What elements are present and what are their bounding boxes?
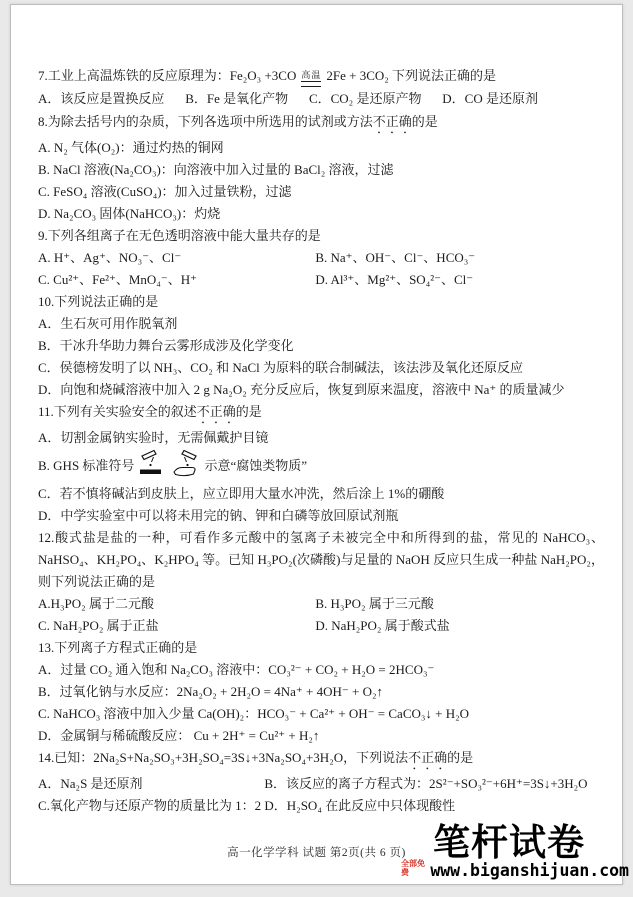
question-10: 10.下列说法正确的是 A．生石灰可用作脱氧剂 B．干冰升华助力舞台云雾形成涉及…	[38, 291, 604, 401]
options-grid: A. H⁺、Ag⁺、NO₃⁻、Cl⁻ B. Na⁺、OH⁻、Cl⁻、HCO₃⁻ …	[38, 247, 604, 291]
option-c: C. NaHCO₃ 溶液中加入少量 Ca(OH)₂：HCO₃⁻ + Ca²⁺ +…	[38, 703, 604, 725]
option-d: D．向饱和烧碱溶液中加入 2 g Na₂O₂ 充分反应后，恢复到原来温度，溶液中…	[38, 379, 604, 401]
option-b: B. GHS 标准符号 示意“腐蚀类物质”	[38, 449, 604, 483]
option-d: D．CO 是还原剂	[442, 87, 538, 111]
option-c: C. Cu²⁺、Fe²⁺、MnO₄⁻、H⁺	[38, 269, 315, 291]
option-a: A．该反应是置换反应	[38, 87, 164, 111]
option-c: C．CO₂ 是还原产物	[309, 87, 422, 111]
option-c: C．侯德榜发明了以 NH₃、CO₂ 和 NaCl 为原料的联合制碱法，该法涉及氧…	[38, 357, 604, 379]
exam-paper-page: 7.工业上高温炼铁的反应原理为：Fe₂O₃ +3CO 高温 2Fe + 3CO₂…	[10, 4, 623, 885]
option-d: D. Na₂CO₃ 固体(NaHCO₃)：灼烧	[38, 203, 604, 225]
option-b-text-post: 示意“腐蚀类物质”	[204, 455, 307, 477]
stem-text-pre: 7.工业上高温炼铁的反应原理为：Fe₂O₃ +3CO	[38, 65, 296, 87]
question-stem: 10.下列说法正确的是	[38, 291, 604, 313]
option-c: C. NaH₂PO₂ 属于正盐	[38, 615, 315, 637]
option-a: A. H⁺、Ag⁺、NO₃⁻、Cl⁻	[38, 247, 315, 269]
option-c: C．若不慎将碱沾到皮肤上，应立即用大量水冲洗，然后涂上 1%的硼酸	[38, 483, 604, 505]
option-a: A．生石灰可用作脱氧剂	[38, 313, 604, 335]
option-a: A．过量 CO₂ 通入饱和 Na₂CO₃ 溶液中：CO₃²⁻ + CO₂ + H…	[38, 659, 604, 681]
option-a: A．Na₂S 是还原剂	[38, 773, 264, 795]
stem-text-pre: 8.为除去括号内的杂质，下列各选项中所选用的试剂或方法	[38, 114, 373, 129]
option-d: D．H₂SO₄ 在此反应中只体现酸性	[264, 795, 604, 817]
question-14: 14.已知：2Na₂S+Na₂SO₃+3H₂SO₄=3S↓+3Na₂SO₄+3H…	[38, 747, 604, 817]
question-7: 7.工业上高温炼铁的反应原理为：Fe₂O₃ +3CO 高温 2Fe + 3CO₂…	[38, 55, 604, 111]
option-b: B．该反应的离子方程式为：2S²⁻+SO₃²⁻+6H⁺=3S↓+3H₂O	[264, 773, 604, 795]
question-9: 9.下列各组离子在无色透明溶液中能大量共存的是 A. H⁺、Ag⁺、NO₃⁻、C…	[38, 225, 604, 291]
option-b-text-pre: B. GHS 标准符号	[38, 455, 134, 477]
question-stem: 13.下列离子方程式正确的是	[38, 637, 604, 659]
options-grid: A.H₃PO₂ 属于二元酸 B. H₃PO₂ 属于三元酸 C. NaH₂PO₂ …	[38, 593, 604, 637]
option-d: D．金属铜与稀硫酸反应： Cu + 2H⁺ = Cu²⁺ + H₂↑	[38, 725, 604, 747]
reaction-condition-over-equals: 高温	[301, 70, 321, 87]
stem-text-pre: 11.下列有关实验安全的叙述	[38, 404, 197, 419]
option-b: B. H₃PO₂ 属于三元酸	[315, 593, 604, 615]
stem-text-post: 2Fe + 3CO₂ 下列说法正确的是	[326, 65, 496, 87]
question-stem: 8.为除去括号内的杂质，下列各选项中所选用的试剂或方法不正确的是	[38, 111, 604, 137]
option-a: A．切割金属钠实验时，无需佩戴护目镜	[38, 427, 604, 449]
option-a: A. N₂ 气体(O₂)：通过灼热的铜网	[38, 137, 604, 159]
watermark-bottom-row: 全部免费 www.biganshijuan.com	[401, 859, 629, 880]
stem-text-pre: 14.已知：2Na₂S+Na₂SO₃+3H₂SO₄=3S↓+3Na₂SO₄+3H…	[38, 750, 408, 765]
options-grid: A．Na₂S 是还原剂 B．该反应的离子方程式为：2S²⁻+SO₃²⁻+6H⁺=…	[38, 773, 604, 817]
question-stem: 14.已知：2Na₂S+Na₂SO₃+3H₂SO₄=3S↓+3Na₂SO₄+3H…	[38, 747, 604, 773]
emphasized-text: 不正确	[373, 114, 412, 129]
option-d: D．中学实验室中可以将未用完的钠、钾和白磷等放回原试剂瓶	[38, 505, 604, 527]
question-stem: 12.酸式盐是盐的一种，可看作多元酸中的氢离子未被完全中和所得到的盐，常见的 N…	[38, 527, 604, 593]
watermark-free-badge: 全部免费	[401, 859, 429, 877]
watermark: 笔杆试卷 全部免费 www.biganshijuan.com	[401, 825, 629, 880]
stem-text-post: 的是	[412, 114, 438, 129]
question-12: 12.酸式盐是盐的一种，可看作多元酸中的氢离子未被完全中和所得到的盐，常见的 N…	[38, 527, 604, 637]
option-b: B. Na⁺、OH⁻、Cl⁻、HCO₃⁻	[315, 247, 604, 269]
option-b: B. NaCl 溶液(Na₂CO₃)：向溶液中加入过量的 BaCl₂ 溶液，过滤	[38, 159, 604, 181]
emphasized-text: 不正确	[408, 750, 447, 765]
option-a: A.H₃PO₂ 属于二元酸	[38, 593, 315, 615]
question-13: 13.下列离子方程式正确的是 A．过量 CO₂ 通入饱和 Na₂CO₃ 溶液中：…	[38, 637, 604, 747]
option-b: B．干冰升华助力舞台云雾形成涉及化学变化	[38, 335, 604, 357]
stem-text-post: 的是	[236, 404, 262, 419]
questions-area: 7.工业上高温炼铁的反应原理为：Fe₂O₃ +3CO 高温 2Fe + 3CO₂…	[38, 55, 604, 817]
watermark-url: www.biganshijuan.com	[430, 862, 629, 880]
option-b: B．过氧化钠与水反应：2Na₂O₂ + 2H₂O = 4Na⁺ + 4OH⁻ +…	[38, 681, 604, 703]
stem-text-post: 的是	[447, 750, 473, 765]
watermark-brand: 笔杆试卷	[401, 825, 629, 861]
question-stem: 11.下列有关实验安全的叙述不正确的是	[38, 401, 604, 427]
ghs-corrosive-icon	[140, 449, 198, 484]
question-stem: 7.工业上高温炼铁的反应原理为：Fe₂O₃ +3CO 高温 2Fe + 3CO₂…	[38, 55, 604, 87]
options-row: A．该反应是置换反应 B．Fe 是氧化产物 C．CO₂ 是还原产物 D．CO 是…	[38, 87, 538, 111]
option-d: D. NaH₂PO₂ 属于酸式盐	[315, 615, 604, 637]
question-8: 8.为除去括号内的杂质，下列各选项中所选用的试剂或方法不正确的是 A. N₂ 气…	[38, 111, 604, 225]
emphasized-text: 不正确	[197, 404, 236, 419]
option-d: D. Al³⁺、Mg²⁺、SO₄²⁻、Cl⁻	[315, 269, 604, 291]
option-c: C.氧化产物与还原产物的质量比为 1：2	[38, 795, 264, 817]
option-c: C. FeSO₄ 溶液(CuSO₄)：加入过量铁粉，过滤	[38, 181, 604, 203]
condition-label: 高温	[301, 70, 321, 80]
document-background: 7.工业上高温炼铁的反应原理为：Fe₂O₃ +3CO 高温 2Fe + 3CO₂…	[0, 0, 633, 897]
question-11: 11.下列有关实验安全的叙述不正确的是 A．切割金属钠实验时，无需佩戴护目镜 B…	[38, 401, 604, 527]
option-b: B．Fe 是氧化产物	[185, 87, 288, 111]
question-stem: 9.下列各组离子在无色透明溶液中能大量共存的是	[38, 225, 604, 247]
